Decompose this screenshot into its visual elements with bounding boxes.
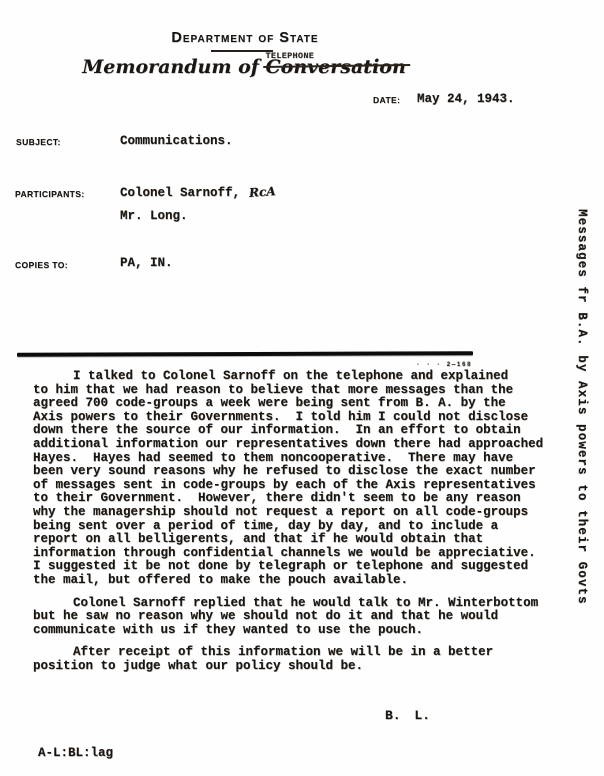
memo-paragraph: I talked to Colonel Sarnoff on the telep… — [33, 370, 557, 588]
rotated-margin-filing-note: Messages fr B.A. by Axis powers to their… — [575, 209, 589, 605]
memo-document-page: Department of State Memorandum of Conver… — [0, 0, 604, 776]
memo-body-text: I talked to Colonel Sarnoff on the telep… — [33, 370, 557, 682]
memo-type-heading: Memorandum of Conversation TELEPHONE — [82, 56, 406, 78]
participant-row-1: Colonel Sarnoff,RcA — [120, 185, 276, 200]
memo-heading-prefix: Memorandum of — [82, 56, 265, 78]
memo-paragraph: Colonel Sarnoff replied that he would ta… — [33, 597, 557, 638]
divider-print-marks: · · · 2—168 — [416, 361, 472, 368]
participant-1-name: Colonel Sarnoff, — [120, 186, 240, 200]
telephone-overtype-stamp: TELEPHONE — [266, 51, 315, 61]
participants-label: PARTICIPANTS: — [15, 189, 85, 199]
subject-label: SUBJECT: — [16, 137, 61, 147]
signature-initials: B. L. — [385, 708, 430, 723]
title-underline-rule — [211, 50, 273, 52]
memo-paragraph: After receipt of this information we wil… — [33, 646, 557, 673]
subject-value: Communications. — [120, 134, 233, 148]
participant-row-2: Mr. Long. — [120, 209, 188, 223]
date-label: DATE: — [373, 95, 400, 105]
handwritten-rca-annotation: RcA — [249, 184, 277, 200]
drafting-reference-line: A-L:BL:lag — [38, 746, 113, 760]
department-title: Department of State — [171, 30, 318, 46]
memo-heading-word: Conversation TELEPHONE — [266, 56, 406, 78]
copies-to-value: PA, IN. — [120, 256, 173, 270]
date-value: May 24, 1943. — [417, 92, 515, 106]
copies-to-label: COPIES TO: — [15, 260, 68, 270]
horizontal-divider-rule — [17, 351, 473, 357]
